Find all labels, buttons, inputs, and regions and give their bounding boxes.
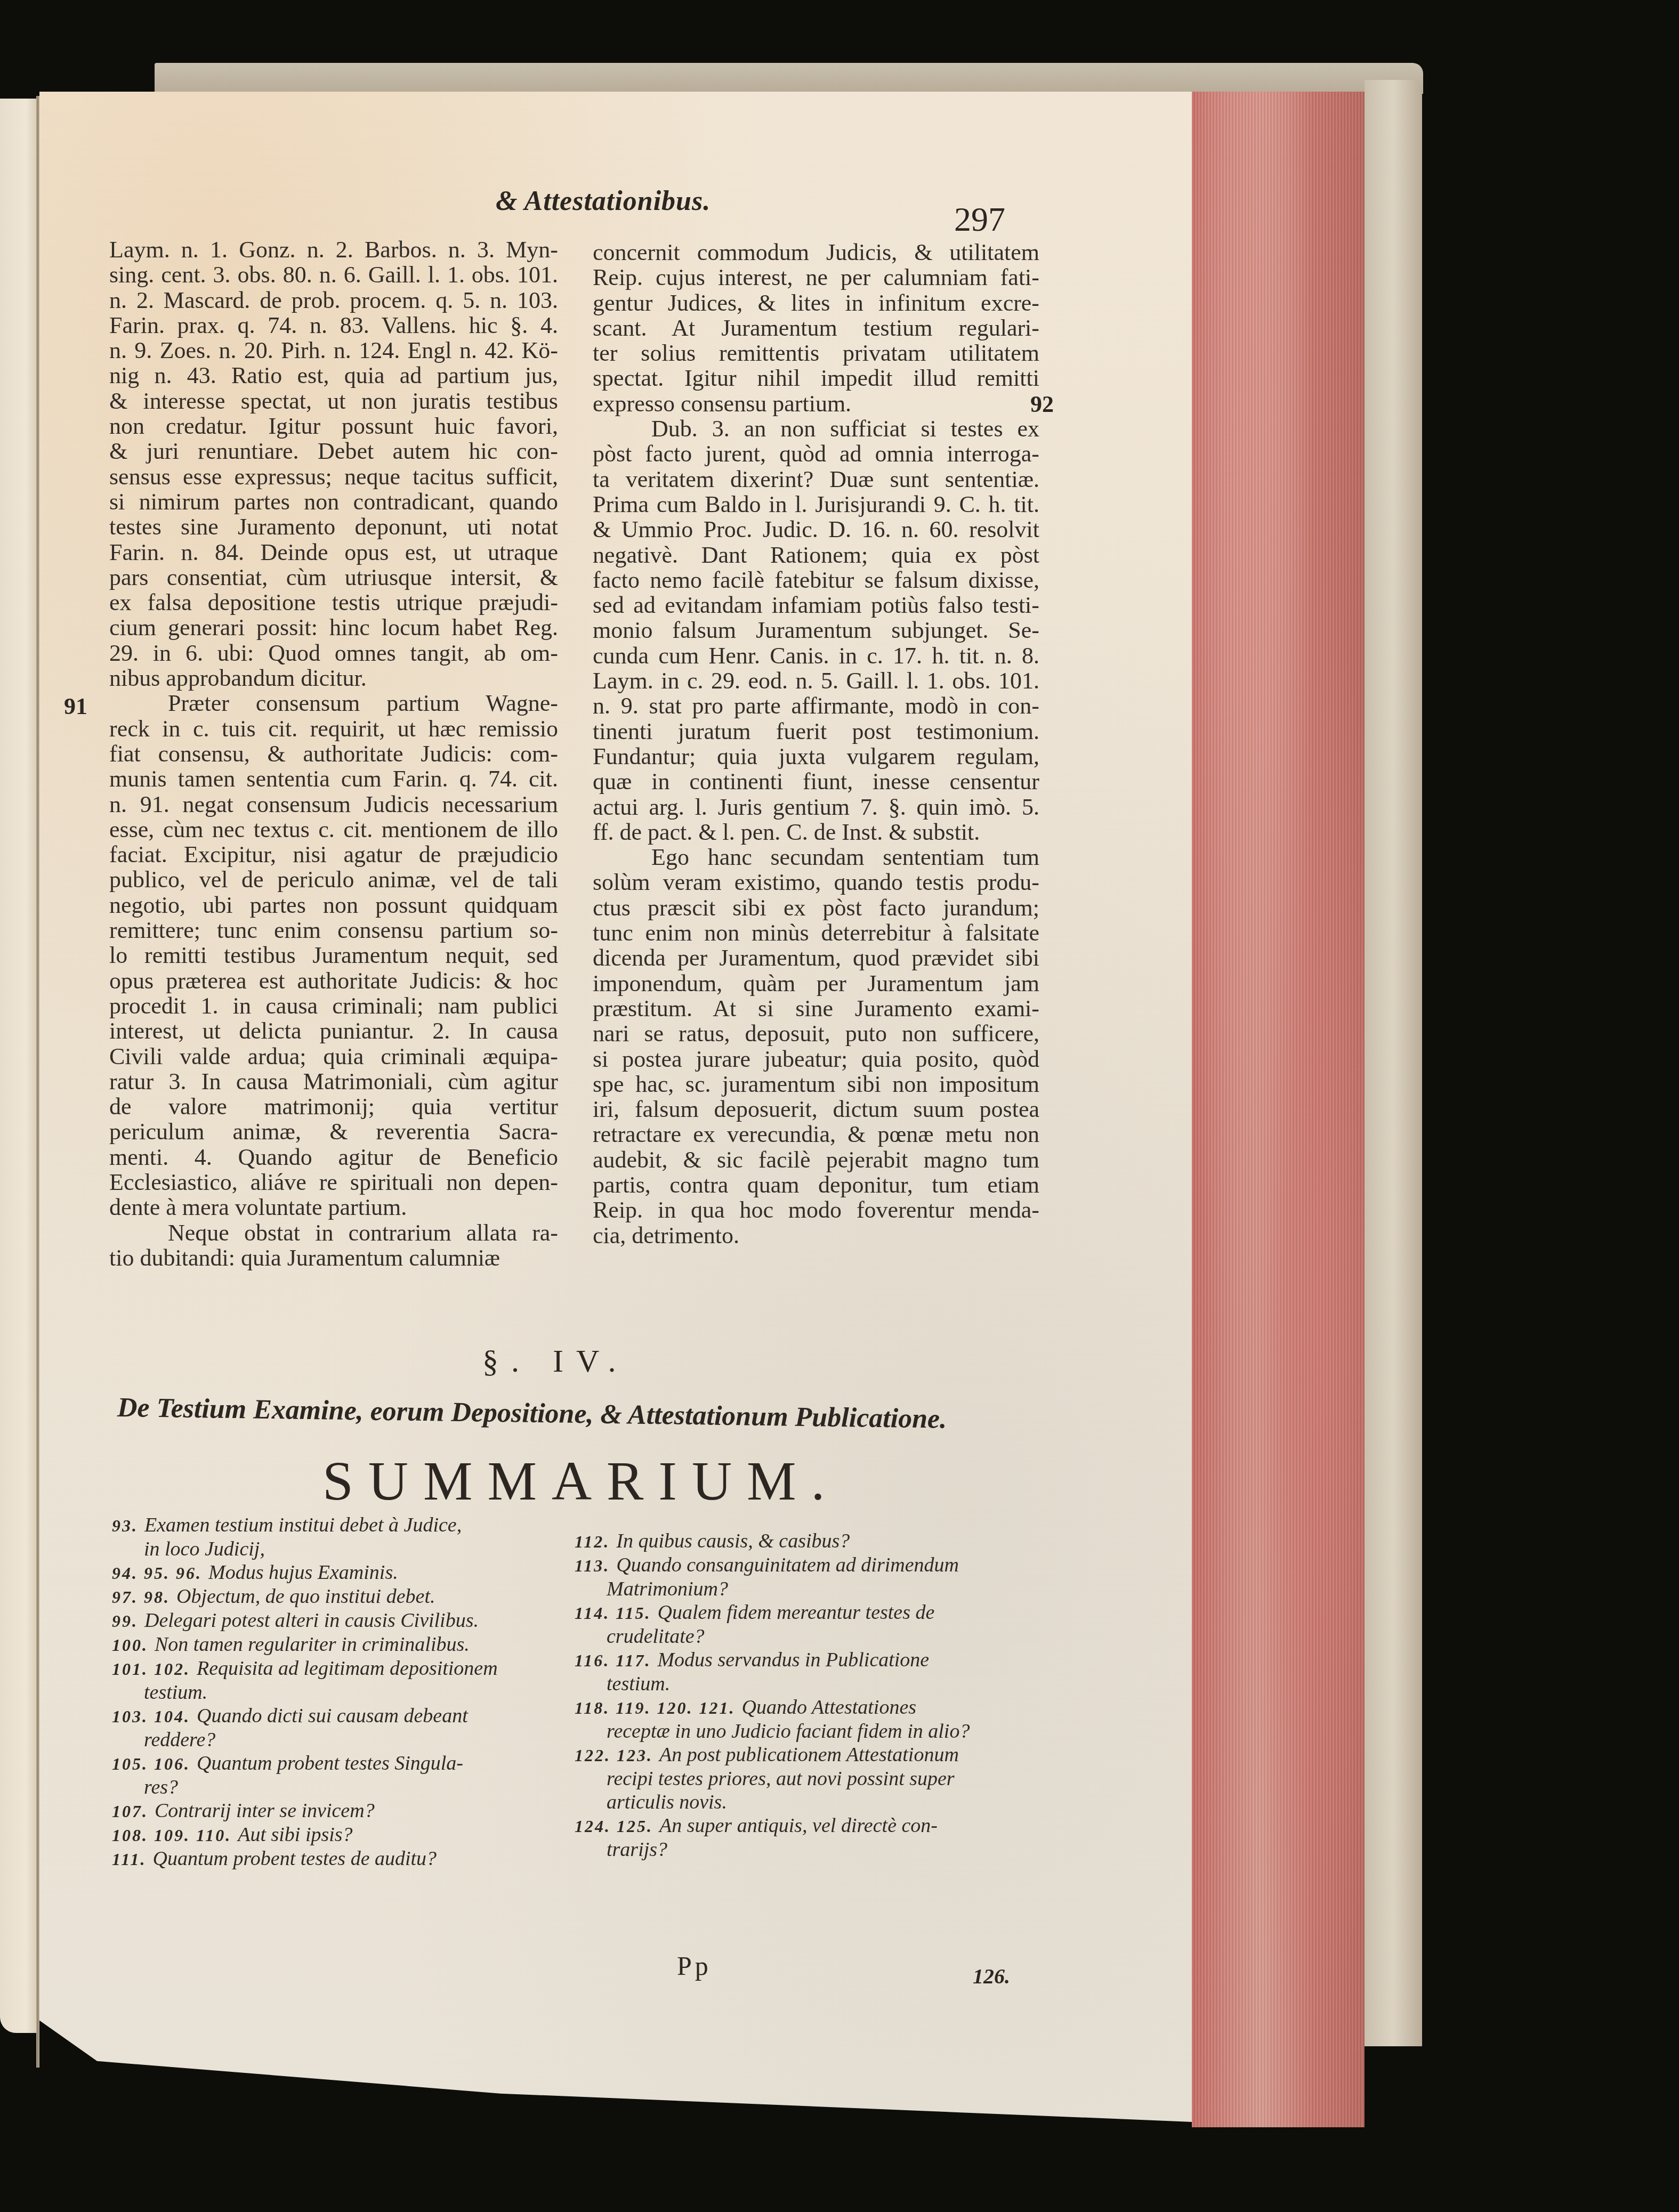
text-line: tio dubitandi: quia Juramentum calumniæ: [109, 1245, 558, 1270]
text-line: n. 9. Zoes. n. 20. Pirh. n. 124. Engl n.…: [109, 338, 558, 363]
text-line: si nimirum partes non contradicant, quan…: [109, 489, 558, 514]
summary-item-number: 108. 109. 110.: [112, 1826, 231, 1845]
text-line: faciat. Excipitur, nisi agatur de præjud…: [109, 842, 558, 867]
text-line: n. 9. stat pro parte affirmante, modò in…: [593, 693, 1039, 718]
summary-item-text: Quantum probent testes de auditu?: [152, 1848, 437, 1870]
facing-page-edge: [0, 99, 37, 2033]
summary-item-text: Quando Attestationes: [741, 1696, 916, 1719]
right-text-column: concernit commodum Judicis, & utilitatem…: [593, 240, 1039, 1248]
text-line: testes sine Juramento deponunt, uti nota…: [109, 514, 558, 539]
summary-item-number: 103. 104.: [112, 1707, 190, 1726]
text-line: periculum animæ, & reverentia Sacra-: [109, 1119, 558, 1144]
text-line: ratur 3. In causa Matrimoniali, cùm agit…: [109, 1069, 558, 1094]
margin-number-left: 91: [64, 693, 87, 720]
text-line: negativè. Dant Rationem; quia ex pòst: [593, 542, 1039, 568]
text-line: Ego hanc secundam sententiam tum: [593, 845, 1039, 870]
text-line: ter solius remittentis privatam utilitat…: [593, 341, 1039, 366]
summary-item-number: 116. 117.: [575, 1651, 651, 1670]
text-line: expresso consensu partium.: [593, 391, 1039, 416]
summary-item-text: Requisita ad legitimam depositionem: [197, 1657, 498, 1680]
text-line: scant. At Juramentum testium regulari-: [593, 315, 1039, 341]
summary-item: 111.Quantum probent testes de auditu?: [112, 1847, 538, 1871]
text-line: fiat consensu, & authoritate Judicis: co…: [109, 741, 558, 766]
summary-item: 103. 104.Quando dicti sui causam debeant…: [112, 1704, 538, 1752]
text-line: Farin. prax. q. 74. n. 83. Vallens. hic …: [109, 313, 558, 338]
text-line: Præter consensum partium Wagne-: [109, 691, 558, 716]
text-line: solùm veram existimo, quando testis prod…: [593, 870, 1039, 895]
text-line: præstitum. At si sine Juramento exami-: [593, 996, 1039, 1021]
margin-number-right: 92: [1030, 391, 1054, 418]
text-line: n. 91. negat consensum Judicis necessari…: [109, 792, 558, 817]
text-line: munis tamen sententia cum Farin. q. 74. …: [109, 766, 558, 791]
text-line: Laym. n. 1. Gonz. n. 2. Barbos. n. 3. My…: [109, 237, 558, 262]
text-line: monio falsum Juramentum subjunget. Se-: [593, 618, 1039, 643]
text-line: si postea jurare jubeatur; quia posito, …: [593, 1047, 1039, 1072]
summary-item-text: Contrarij inter se invicem?: [155, 1800, 375, 1822]
text-line: tunc enim non minùs deterrebitur à falsi…: [593, 920, 1039, 945]
summary-item-text: In quibus causis, & casibus?: [616, 1530, 850, 1552]
text-line: publico, vel de periculo animæ, vel de t…: [109, 867, 558, 892]
summary-item-continuation: Matrimonium?: [575, 1577, 1006, 1601]
text-line: Laym. in c. 29. eod. n. 5. Gaill. l. 1. …: [593, 668, 1039, 693]
summary-item: 105. 106.Quantum probent testes Singula-…: [112, 1752, 538, 1799]
text-line: facto nemo facilè fatebitur se falsum di…: [593, 568, 1039, 593]
summary-item-text: Objectum, de quo institui debet.: [176, 1585, 435, 1608]
section-mark: §. IV.: [482, 1343, 629, 1380]
text-line: reck in c. tuis cit. requirit, ut hæc re…: [109, 716, 558, 741]
summary-item-number: 111.: [112, 1850, 146, 1869]
summary-item-text: Aut sibi ipsis?: [238, 1824, 352, 1846]
summary-item-number: 93.: [112, 1516, 138, 1535]
summary-item: 122. 123.An post publicationem Attestati…: [575, 1743, 1006, 1814]
summary-item: 118. 119. 120. 121.Quando Attestationesr…: [575, 1696, 1006, 1743]
catchword: 126.: [973, 1964, 1010, 1989]
summary-item: 94. 95. 96.Modus hujus Examinis.: [112, 1561, 538, 1585]
summary-item: 112.In quibus causis, & casibus?: [575, 1529, 1006, 1553]
text-line: nibus approbandum dicitur.: [109, 666, 558, 691]
text-line: spectat. Igitur nihil impedit illud remi…: [593, 366, 1039, 391]
text-line: iri, falsum deposuerit, dictum suum post…: [593, 1097, 1039, 1122]
text-line: non credatur. Igitur possunt huic favori…: [109, 414, 558, 439]
summary-item-text: Quando consanguinitatem ad dirimendum: [616, 1554, 959, 1576]
text-line: Dub. 3. an non sufficiat si testes ex: [593, 416, 1039, 441]
summary-item-number: 101. 102.: [112, 1659, 190, 1679]
summary-item-continuation: testium.: [575, 1672, 1006, 1696]
summary-item-text: An super antiquis, vel directè con-: [659, 1814, 938, 1837]
text-line: dente à mera voluntate partium.: [109, 1195, 558, 1220]
text-line: de valore matrimonij; quia vertitur: [109, 1094, 558, 1119]
summary-item-text: Modus servandus in Publicatione: [657, 1649, 929, 1671]
summary-item: 93.Examen testium institui debet à Judic…: [112, 1513, 538, 1561]
text-line: esse, cùm nec textus c. cit. mentionem d…: [109, 817, 558, 842]
text-line: & juri renuntiare. Debet autem hic con-: [109, 439, 558, 464]
summary-item: 99.Delegari potest alteri in causis Civi…: [112, 1609, 538, 1633]
summary-item-text: Examen testium institui debet à Judice,: [144, 1514, 462, 1536]
summary-item-number: 112.: [575, 1532, 610, 1551]
text-line: quæ in continenti fiunt, inesse censentu…: [593, 769, 1039, 794]
text-line: opus præterea est authoritate Judicis: &…: [109, 968, 558, 993]
summary-list-left: 93.Examen testium institui debet à Judic…: [112, 1513, 538, 1871]
text-line: Farin. n. 84. Deinde opus est, ut utraqu…: [109, 540, 558, 565]
text-line: Ecclesiastico, aliáve re spirituali non …: [109, 1170, 558, 1195]
page-number: 297: [954, 200, 1005, 239]
text-line: cium generari possit: hinc locum habet R…: [109, 615, 558, 640]
summary-item-text: Qualem fidem mereantur testes de: [657, 1601, 934, 1624]
summary-item: 107.Contrarij inter se invicem?: [112, 1799, 538, 1823]
summary-item-continuation: testium.: [112, 1681, 538, 1704]
summary-item: 101. 102.Requisita ad legitimam depositi…: [112, 1657, 538, 1704]
text-line: Prima cum Baldo in l. Jurisjurandi 9. C.…: [593, 492, 1039, 517]
text-line: dicenda per Juramentum, quod prævidet si…: [593, 945, 1039, 970]
summary-list-right: 112.In quibus causis, & casibus?113.Quan…: [575, 1529, 1006, 1861]
text-line: procedit 1. in causa criminali; nam publ…: [109, 993, 558, 1018]
text-line: Neque obstat in contrarium allata ra-: [109, 1220, 558, 1245]
left-text-column: Laym. n. 1. Gonz. n. 2. Barbos. n. 3. My…: [109, 237, 558, 1270]
summary-item: 113.Quando consanguinitatem ad dirimendu…: [575, 1553, 1006, 1601]
summary-item-number: 97. 98.: [112, 1587, 170, 1607]
summary-item: 114. 115.Qualem fidem mereantur testes d…: [575, 1601, 1006, 1648]
text-line: n. 2. Mascard. de prob. procem. q. 5. n.…: [109, 288, 558, 313]
text-line: nari se ratus, deposuit, puto non suffic…: [593, 1021, 1039, 1046]
text-line: actui arg. l. Juris gentium 7. §. quin i…: [593, 795, 1039, 820]
summary-item-continuation: receptæ in uno Judicio faciant fidem in …: [575, 1720, 1006, 1743]
text-line: interest, ut delicta puniantur. 2. In ca…: [109, 1018, 558, 1043]
text-line: cunda cum Henr. Canis. in c. 17. h. tit.…: [593, 643, 1039, 668]
summary-item-number: 113.: [575, 1556, 610, 1575]
summary-item-text: Non tamen regulariter in criminalibus.: [155, 1633, 470, 1656]
text-line: menti. 4. Quando agitur de Beneficio: [109, 1145, 558, 1170]
text-line: nig n. 43. Ratio est, quia ad partium ju…: [109, 363, 558, 388]
summary-item-continuation: trarijs?: [575, 1838, 1006, 1861]
text-line: spe hac, sc. juramentum sibi non imposit…: [593, 1072, 1039, 1097]
summary-item-number: 107.: [112, 1802, 148, 1821]
text-line: Reip. in qua hoc modo foverentur menda-: [593, 1197, 1039, 1222]
summary-item: 100.Non tamen regulariter in criminalibu…: [112, 1633, 538, 1657]
summary-item-text: Delegari potest alteri in causis Civilib…: [144, 1609, 479, 1632]
text-line: remittere; tunc enim consensu partium so…: [109, 918, 558, 943]
text-line: ff. de pact. & l. pen. C. de Inst. & sub…: [593, 820, 1039, 845]
text-line: ex falsa depositione testis utrique præj…: [109, 590, 558, 615]
text-line: sing. cent. 3. obs. 80. n. 6. Gaill. l. …: [109, 262, 558, 287]
text-line: imponendum, quàm per Juramentum jam: [593, 971, 1039, 996]
summary-item-number: 114. 115.: [575, 1603, 651, 1623]
text-line: lo remitti testibus Juramentum nequit, s…: [109, 943, 558, 968]
text-line: gentur Judices, & lites in infinitum exc…: [593, 290, 1039, 315]
summary-item: 116. 117.Modus servandus in Publicatione…: [575, 1648, 1006, 1696]
text-line: pòst facto jurent, quòd ad omnia interro…: [593, 441, 1039, 466]
text-line: cia, detrimento.: [593, 1223, 1039, 1248]
summary-item-text: An post publicationem Attestationum: [659, 1744, 959, 1766]
summary-item-number: 122. 123.: [575, 1746, 653, 1765]
text-line: & Ummio Proc. Judic. D. 16. n. 60. resol…: [593, 517, 1039, 542]
text-line: Civili valde ardua; quia criminali æquip…: [109, 1044, 558, 1069]
summary-item: 124. 125.An super antiquis, vel directè …: [575, 1814, 1006, 1861]
summary-item-continuation: reddere?: [112, 1728, 538, 1752]
summary-item-text: Quando dicti sui causam debeant: [197, 1705, 468, 1727]
summary-item-text: Modus hujus Examinis.: [208, 1561, 398, 1584]
text-line: retractare ex verecundia, & pœnæ metu no…: [593, 1122, 1039, 1147]
text-line: Fundantur; quia juxta vulgarem regulam,: [593, 744, 1039, 769]
text-line: sed ad evitandam infamiam potiùs falso t…: [593, 593, 1039, 618]
summary-item-text: Quantum probent testes Singula-: [197, 1752, 463, 1775]
text-line: partis, contra quam deponitur, tum etiam: [593, 1172, 1039, 1197]
summarium-title: SUMMARIUM.: [322, 1449, 840, 1513]
summary-item: 108. 109. 110.Aut sibi ipsis?: [112, 1823, 538, 1847]
text-line: tinenti juratum fuerit post testimonium.: [593, 719, 1039, 744]
summary-item-number: 94. 95. 96.: [112, 1563, 202, 1583]
text-line: audebit, & sic facilè pejerabit magno tu…: [593, 1147, 1039, 1172]
running-head: & Attestationibus.: [496, 185, 711, 217]
summary-item-number: 124. 125.: [575, 1817, 653, 1836]
signature-mark: Pp: [677, 1950, 712, 1981]
summary-item-continuation: in loco Judicij,: [112, 1537, 538, 1561]
book-cover-top: [155, 63, 1423, 94]
text-line: concernit commodum Judicis, & utilitatem: [593, 240, 1039, 265]
summary-item-continuation: recipi testes priores, aut novi possint …: [575, 1767, 1006, 1814]
book-gutter: [36, 96, 39, 2068]
summary-item-number: 118. 119. 120. 121.: [575, 1698, 735, 1717]
summary-item-number: 100.: [112, 1635, 148, 1655]
text-line: ctus præscit sibi ex pòst facto jurandum…: [593, 895, 1039, 920]
summary-item-number: 105. 106.: [112, 1754, 190, 1773]
red-fore-edge: [1192, 92, 1365, 2127]
text-line: Reip. cujus interest, ne per calumniam f…: [593, 265, 1039, 290]
text-line: & interesse spectat, ut non juratis test…: [109, 388, 558, 414]
text-line: negotio, ubi partes non possunt quidquam: [109, 893, 558, 918]
text-line: 29. in 6. ubi: Quod omnes tangit, ab om-: [109, 641, 558, 666]
text-line: pars consentiat, cùm utriusque intersit,…: [109, 565, 558, 590]
text-line: ta veritatem dixerint? Duæ sunt sententi…: [593, 467, 1039, 492]
summary-item-continuation: crudelitate?: [575, 1625, 1006, 1648]
summary-item-number: 99.: [112, 1611, 138, 1631]
summary-item-continuation: res?: [112, 1776, 538, 1799]
text-line: sensus esse expressus; neque tacitus suf…: [109, 464, 558, 489]
book-cover-side: [1365, 80, 1422, 2046]
summary-item: 97. 98.Objectum, de quo institui debet.: [112, 1585, 538, 1609]
